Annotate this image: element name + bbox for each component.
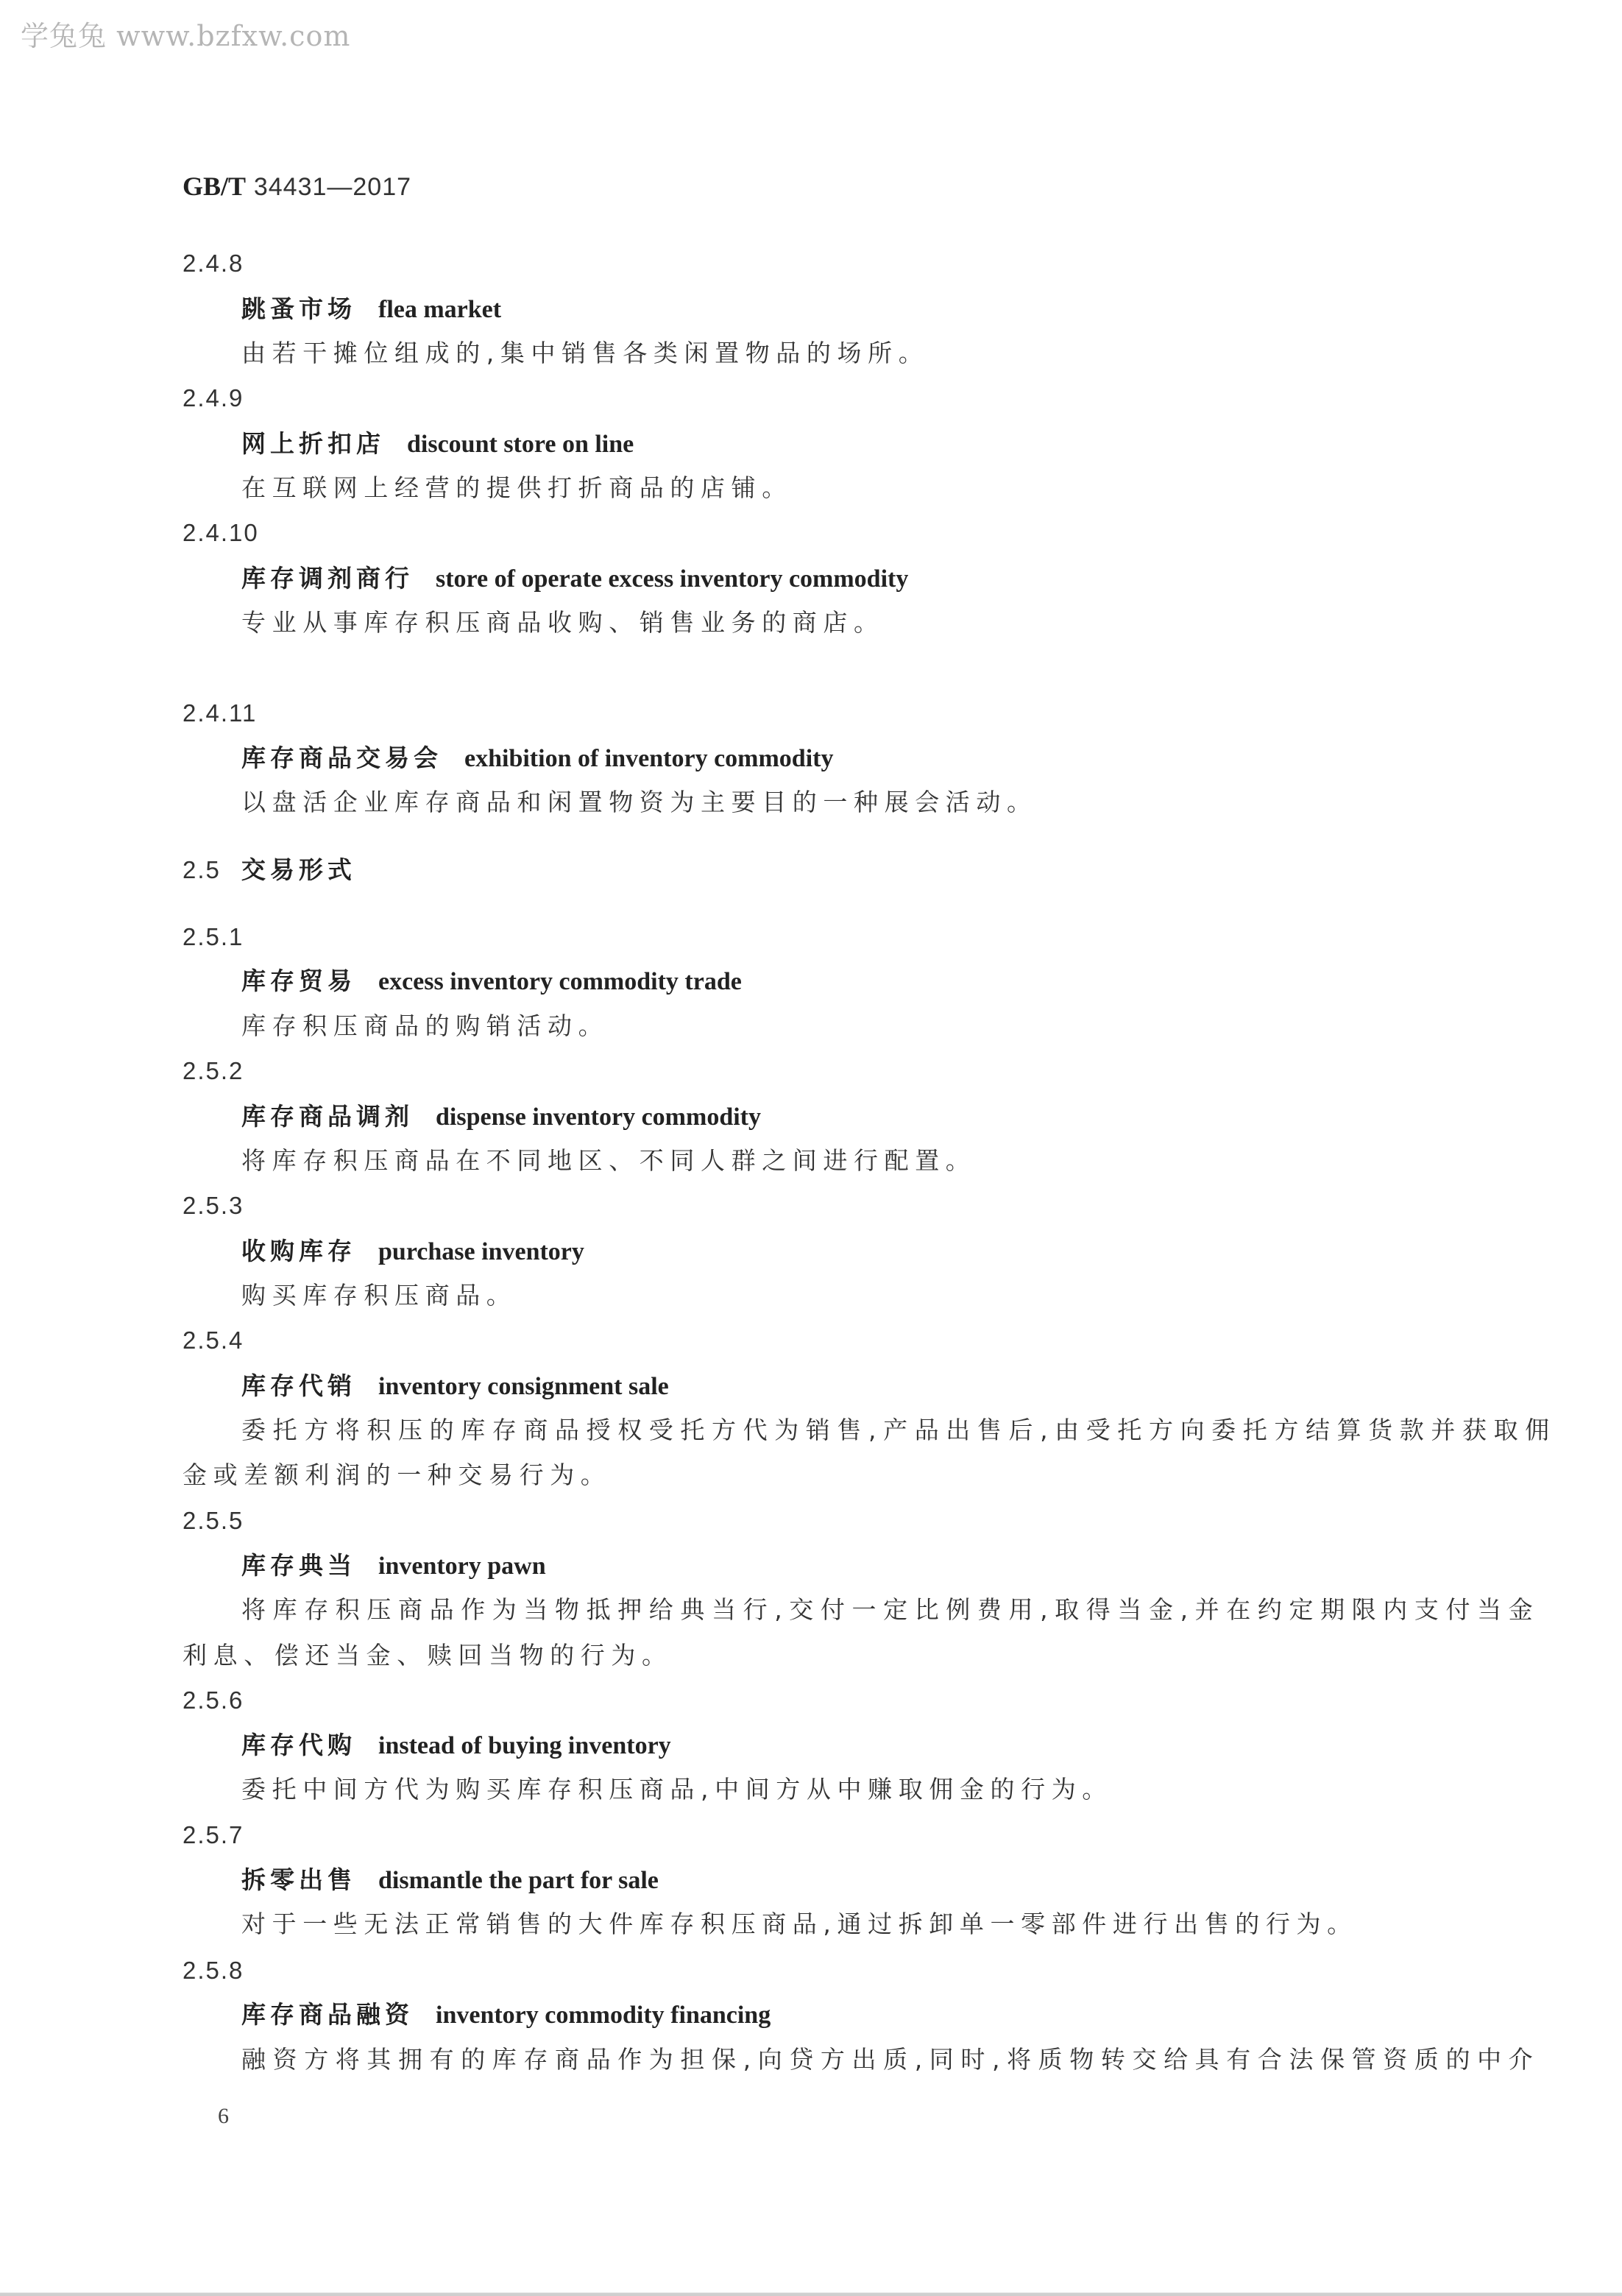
definition: 由若干摊位组成的,集中销售各类闲置物品的场所。	[241, 341, 929, 365]
term-line: 库存代销inventory consignment sale	[241, 1374, 669, 1399]
term-line: 库存商品交易会exhibition of inventory commodity	[241, 746, 833, 771]
clause-number: 2.5.2	[183, 1059, 244, 1083]
clause-number: 2.4.8	[183, 251, 244, 275]
clause-number: 2.5.3	[183, 1193, 244, 1218]
clause-number: 2.4.11	[183, 701, 257, 725]
term-chinese: 跳蚤市场	[241, 294, 356, 323]
definition: 购买库存积压商品。	[241, 1283, 517, 1307]
term-line: 库存典当inventory pawn	[241, 1553, 546, 1579]
term-chinese: 库存商品调剂	[241, 1102, 414, 1131]
term-line: 拆零出售dismantle the part for sale	[241, 1868, 659, 1893]
term-line: 网上折扣店discount store on line	[241, 431, 634, 457]
definition: 将库存积压商品在不同地区、不同人群之间进行配置。	[241, 1148, 976, 1173]
definition: 专业从事库存积压商品收购、销售业务的商店。	[241, 610, 885, 635]
term-chinese: 库存贸易	[241, 967, 356, 995]
section-heading: 2.5交易形式	[183, 858, 356, 882]
page-bottom-edge	[0, 2292, 1622, 2296]
term-english: store of operate excess inventory commod…	[436, 565, 908, 593]
term-english: exhibition of inventory commodity	[464, 745, 833, 772]
term-line: 库存代购instead of buying inventory	[241, 1733, 671, 1759]
clause-number: 2.5.8	[183, 1958, 244, 1982]
clause-number: 2.5.5	[183, 1508, 244, 1533]
term-chinese: 库存代购	[241, 1731, 356, 1759]
definition-continued: 利息、偿还当金、赎回当物的行为。	[183, 1643, 673, 1667]
standard-number: 34431—2017	[254, 173, 411, 201]
definition: 以盘活企业库存商品和闲置物资为主要目的一种展会活动。	[241, 790, 1038, 814]
term-english: inventory consignment sale	[378, 1373, 669, 1400]
term-english: instead of buying inventory	[378, 1732, 671, 1759]
definition: 在互联网上经营的提供打折商品的店铺。	[241, 476, 793, 500]
standard-prefix: GB/T	[183, 172, 246, 201]
term-english: discount store on line	[407, 431, 634, 458]
term-chinese: 库存商品融资	[241, 2000, 414, 2029]
term-chinese: 库存代销	[241, 1371, 356, 1400]
clause-number: 2.4.10	[183, 520, 259, 545]
definition: 将库存积压商品作为当物抵押给典当行,交付一定比例费用,取得当金,并在约定期限内支…	[241, 1597, 1540, 1622]
page-number: 6	[218, 2104, 229, 2129]
term-english: dismantle the part for sale	[378, 1867, 659, 1894]
term-chinese: 库存典当	[241, 1551, 356, 1580]
definition: 对于一些无法正常销售的大件库存积压商品,通过拆卸单一零部件进行出售的行为。	[241, 1912, 1358, 1936]
clause-number: 2.5.4	[183, 1328, 244, 1352]
clause-number: 2.5.1	[183, 925, 244, 949]
section-number: 2.5	[183, 856, 221, 883]
term-chinese: 库存调剂商行	[241, 564, 414, 593]
term-chinese: 收购库存	[241, 1237, 356, 1265]
definition: 委托方将积压的库存商品授权受托方代为销售,产品出售后,由受托方向委托方结算货款并…	[241, 1418, 1557, 1442]
term-chinese: 网上折扣店	[241, 429, 385, 458]
standard-code-header: GB/T 34431—2017	[183, 171, 411, 202]
term-english: inventory pawn	[378, 1553, 546, 1580]
term-english: dispense inventory commodity	[436, 1103, 761, 1131]
term-english: inventory commodity financing	[436, 2002, 771, 2029]
definition-continued: 金或差额利润的一种交易行为。	[183, 1463, 611, 1487]
term-chinese: 库存商品交易会	[241, 743, 442, 772]
section-title: 交易形式	[241, 855, 356, 884]
watermark: 学兔兔 www.bzfxw.com	[21, 13, 350, 54]
clause-number: 2.5.7	[183, 1823, 244, 1847]
term-line: 收购库存purchase inventory	[241, 1239, 584, 1265]
definition: 融资方将其拥有的库存商品作为担保,向贷方出质,同时,将质物转交给具有合法保管资质…	[241, 2047, 1540, 2071]
term-english: flea market	[378, 296, 501, 323]
definition: 库存积压商品的购销活动。	[241, 1014, 609, 1038]
term-chinese: 拆零出售	[241, 1865, 356, 1894]
clause-number: 2.5.6	[183, 1688, 244, 1712]
term-english: purchase inventory	[378, 1238, 584, 1265]
term-line: 跳蚤市场flea market	[241, 297, 501, 322]
term-line: 库存商品调剂dispense inventory commodity	[241, 1104, 761, 1130]
term-line: 库存商品融资inventory commodity financing	[241, 2002, 771, 2028]
definition: 委托中间方代为购买库存积压商品,中间方从中赚取佣金的行为。	[241, 1777, 1113, 1801]
term-english: excess inventory commodity trade	[378, 968, 742, 995]
clause-number: 2.4.9	[183, 386, 244, 410]
term-line: 库存贸易excess inventory commodity trade	[241, 969, 742, 995]
term-line: 库存调剂商行store of operate excess inventory …	[241, 566, 908, 592]
